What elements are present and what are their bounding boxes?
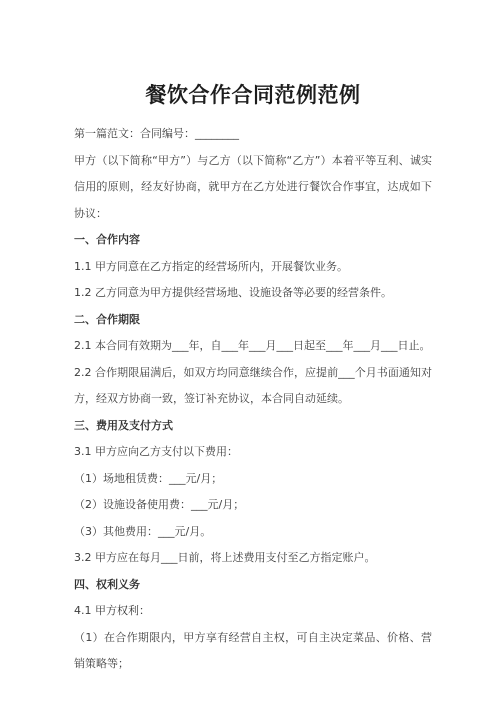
paragraph: 1.1 甲方同意在乙方指定的经营场所内，开展餐饮业务。 xyxy=(74,254,432,281)
paragraph: 2.2 合作期限届满后，如双方均同意继续合作，应提前___个月书面通知对方，经双… xyxy=(74,360,432,413)
paragraph: 3.2 甲方应在每月___日前，将上述费用支付至乙方指定账户。 xyxy=(74,545,432,572)
paragraph: 1.2 乙方同意为甲方提供经营场地、设施设备等必要的经营条件。 xyxy=(74,280,432,307)
section-heading: 四、权利义务 xyxy=(74,572,432,599)
section-heading: 三、费用及支付方式 xyxy=(74,413,432,440)
paragraph: （3）其他费用：___元/月。 xyxy=(74,519,432,546)
document-body: 第一篇范文：合同编号：________甲方（以下简称“甲方”）与乙方（以下简称“… xyxy=(74,121,432,678)
document-title: 餐饮合作合同范例范例 xyxy=(74,80,432,110)
paragraph: （1）在合作期限内，甲方享有经营自主权，可自主决定菜品、价格、营销策略等； xyxy=(74,625,432,678)
contract-document-page: 餐饮合作合同范例范例 第一篇范文：合同编号：________甲方（以下简称“甲方… xyxy=(0,0,500,707)
paragraph: 第一篇范文：合同编号：________ xyxy=(74,121,432,148)
section-heading: 一、合作内容 xyxy=(74,227,432,254)
paragraph: （1）场地租赁费：___元/月； xyxy=(74,466,432,493)
paragraph: 3.1 甲方应向乙方支付以下费用： xyxy=(74,439,432,466)
paragraph: 甲方（以下简称“甲方”）与乙方（以下简称“乙方”）本着平等互利、诚实信用的原则，… xyxy=(74,148,432,228)
paragraph: （2）设施设备使用费：___元/月； xyxy=(74,492,432,519)
paragraph: 2.1 本合同有效期为___年，自___年___月___日起至___年___月_… xyxy=(74,333,432,360)
section-heading: 二、合作期限 xyxy=(74,307,432,334)
paragraph: 4.1 甲方权利： xyxy=(74,598,432,625)
